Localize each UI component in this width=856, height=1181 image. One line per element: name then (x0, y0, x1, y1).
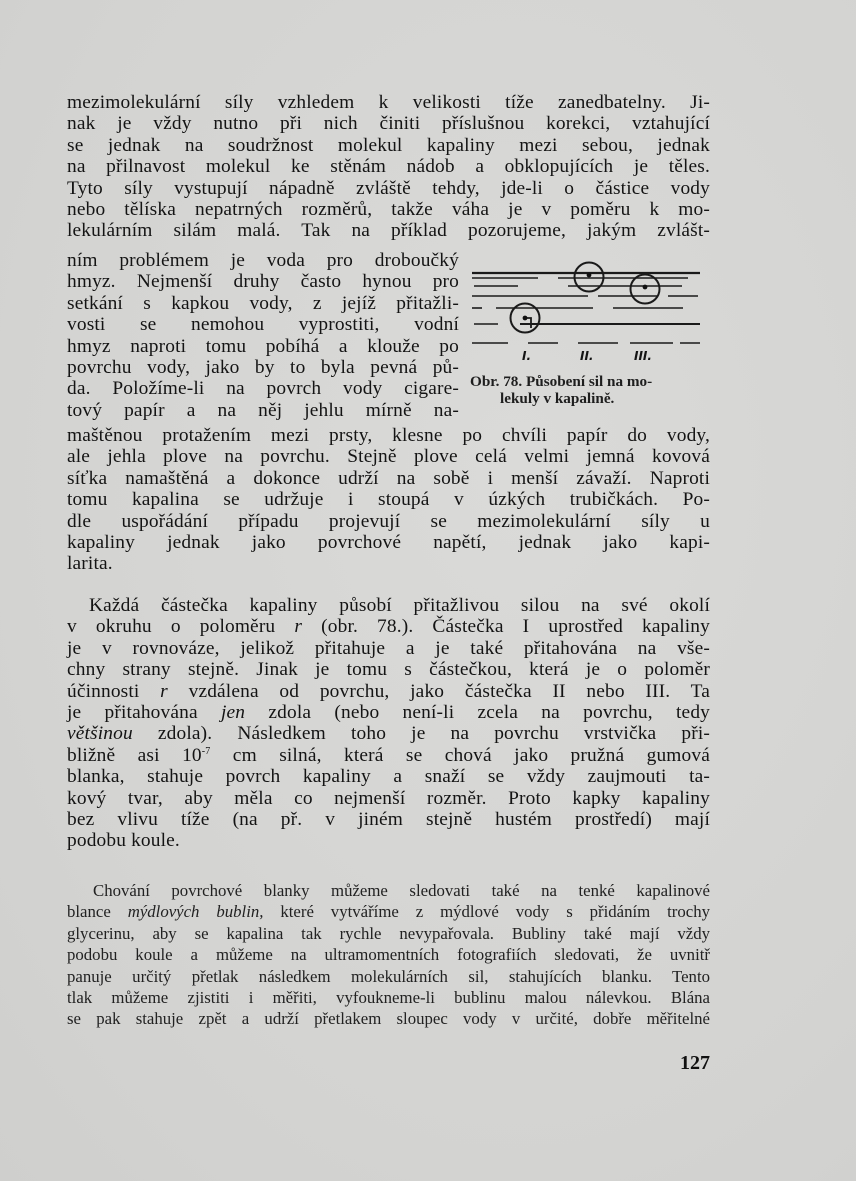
text-span: v okruhu o poloměru (67, 616, 294, 637)
text-line: setkání s kapkou vody, z jejíž přitažli- (67, 293, 459, 314)
paragraph-intro-wrapped: ním problémem je voda pro droboučký hmyz… (67, 250, 459, 421)
page-number: 127 (680, 1052, 710, 1075)
text-line: ale jehla plove na povrchu. Stejně plove… (67, 446, 710, 467)
text-line: dle uspořádání případu projevují se mezi… (67, 511, 710, 532)
text-line: panuje určitý přetlak následkem molekulá… (67, 966, 710, 987)
text-line: nak je vždy nutno při nich činiti příslu… (67, 113, 710, 134)
text-line: tlak můžeme zjistiti i měřiti, vyfouknem… (67, 987, 710, 1008)
text-line: účinnosti r vzdálena od povrchu, jako čá… (67, 681, 710, 702)
emphasis: mýdlových bublin, (128, 902, 264, 921)
text-line: se jednak na soudržnost molekul kapaliny… (67, 135, 710, 156)
text-line: bez vlivu tíže (na př. v jiném stejně hu… (67, 809, 710, 830)
text-line: Tyto síly vystupují nápadně zvláště tehd… (67, 178, 710, 199)
text-line: podobu koule. (67, 830, 710, 851)
variable-r: r (160, 681, 168, 702)
text-line: da. Položíme-li na povrch vody cigare- (67, 378, 459, 399)
text-line: tomu kapalina se udržuje i stoupá v úzký… (67, 489, 710, 510)
text-line: blanka, stahuje povrch kapaliny a snaží … (67, 766, 710, 787)
emphasis: většinou (67, 723, 133, 744)
text-span: které vytváříme z mýdlové vody s přidání… (263, 902, 710, 921)
variable-r: r (294, 616, 302, 637)
book-page: mezimolekulární síly vzhledem k velikost… (0, 0, 856, 1181)
label-molecule-I: I. (522, 349, 531, 363)
text-span: cm silná, která se chová jako pružná gum… (210, 745, 710, 766)
text-line: je přitahována jen zdola (nebo není-li z… (67, 702, 710, 723)
figure-78-diagram: I. II. III. (468, 256, 714, 386)
text-line: většinou zdola). Následkem toho je na po… (67, 723, 710, 744)
text-line: glycerinu, aby se kapalina tak rychle ne… (67, 923, 710, 944)
paragraph-soap-bubbles-smallprint: Chování povrchové blanky můžeme sledovat… (67, 880, 710, 1030)
text-line: kový tvar, aby měla co nejmenší rozměr. … (67, 788, 710, 809)
text-line: v okruhu o poloměru r (obr. 78.). Částeč… (67, 616, 710, 637)
text-line: Každá částečka kapaliny působí přitažliv… (67, 595, 710, 616)
molecule-III-dot (643, 285, 648, 290)
molecule-I-dot (523, 316, 528, 321)
text-line: maštěnou protažením mezi prsty, klesne p… (67, 425, 710, 446)
text-span: (obr. 78.). Částečka I uprostřed kapalin… (302, 616, 710, 637)
text-span: zdola (nebo není-li zcela na povrchu, te… (245, 702, 710, 723)
caption-line: lekuly v kapalině. (470, 391, 715, 408)
paragraph-intro-continued: maštěnou protažením mezi prsty, klesne p… (67, 425, 710, 575)
paragraph-particle-forces: Každá částečka kapaliny působí přitažliv… (67, 595, 710, 852)
text-line: kapaliny jednak jako povrchové napětí, j… (67, 532, 710, 553)
text-span: účinnosti (67, 681, 160, 702)
text-span: je přitahována (67, 702, 221, 723)
emphasis: jen (221, 702, 245, 723)
text-line: hmyz. Nejmenší druhy často hynou pro (67, 271, 459, 292)
text-line: blance mýdlových bublin, které vytváříme… (67, 901, 710, 922)
text-line: Chování povrchové blanky můžeme sledovat… (67, 880, 710, 901)
text-line: podobu koule a můžeme na ultramomentních… (67, 944, 710, 965)
text-line: bližně asi 10-7 cm silná, která se chová… (67, 745, 710, 766)
text-line: tový papír a na něj jehlu mírně na- (67, 400, 459, 421)
text-span: zdola). Následkem toho je na povrchu vrs… (133, 723, 710, 744)
paragraph-intro-top: mezimolekulární síly vzhledem k velikost… (67, 92, 710, 242)
text-line: lekulárním silám malá. Tak na příklad po… (67, 220, 710, 241)
caption-line: Obr. 78. Působení sil na mo- (470, 373, 652, 390)
text-span: blance (67, 902, 128, 921)
text-line: larita. (67, 553, 710, 574)
text-line: hmyz naproti tomu pobíhá a klouže po (67, 336, 459, 357)
text-line: chny strany stejně. Jinak je tomu s část… (67, 659, 710, 680)
text-span: vzdálena od povrchu, jako částečka II ne… (168, 681, 710, 702)
text-line: síťka namaštěná a dokonce udrží na sobě … (67, 468, 710, 489)
text-line: mezimolekulární síly vzhledem k velikost… (67, 92, 710, 113)
text-line: povrchu vody, jako by to byla pevná pů- (67, 357, 459, 378)
text-line: je v rovnováze, jelikož přitahuje a je t… (67, 638, 710, 659)
text-line: vosti se nemohou vyprostiti, vodní (67, 314, 459, 335)
label-molecule-II: II. (580, 349, 594, 363)
text-line: se pak stahuje zpět a udrží přetlakem sl… (67, 1008, 710, 1029)
text-span: bližně asi 10 (67, 745, 202, 766)
text-line: ním problémem je voda pro droboučký (67, 250, 459, 271)
molecule-II-dot (587, 273, 592, 278)
text-line: na přilnavost molekul ke stěnám nádob a … (67, 156, 710, 177)
figure-78-caption: Obr. 78. Působení sil na mo- lekuly v ka… (470, 374, 715, 407)
text-line: nebo tělíska nepatrných rozměrů, takže v… (67, 199, 710, 220)
label-molecule-III: III. (634, 349, 652, 363)
